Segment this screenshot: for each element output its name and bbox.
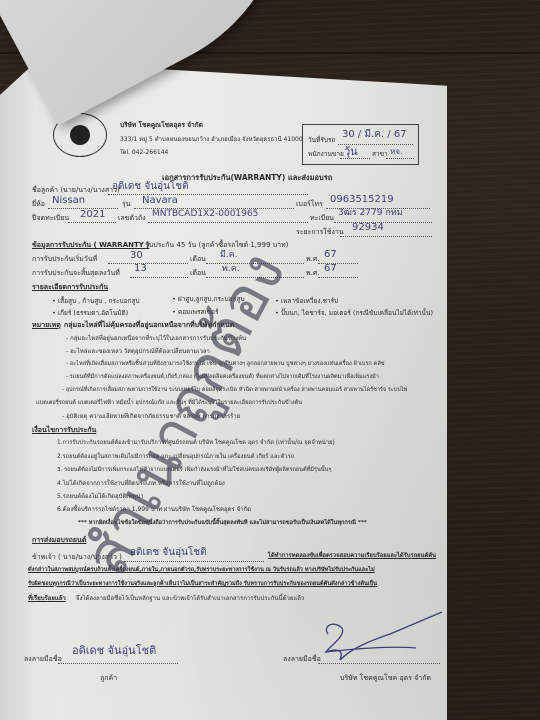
warranty-end-month: พ.ค. (222, 265, 240, 274)
warranty-end-month-label: เดือน (190, 270, 206, 277)
warranty-end-label: การรับประกันจะสิ้นสุดลงวันที่ (32, 270, 120, 277)
salesperson-value: วุ้น (344, 146, 358, 157)
delivery-name-value: อดิเดช จันอุ่นโชติ (130, 548, 207, 558)
warranty-start-day: 30 (130, 251, 143, 261)
notes-heading: หมายเหตุ (32, 322, 61, 329)
mileage-value: 92934 (352, 223, 384, 233)
branch-value: หจ. (390, 148, 403, 156)
condition-item: 3. รถยนต์ต้องไม่มีการเพิ่มกระแสไฟฟ้าจากแ… (57, 468, 331, 474)
company-sign-label: ลงลายมือชื่อ (283, 656, 321, 663)
note-item: แบตเตอรี่รถยนต์ แบตเตอรี่ไฟฟ้า หม้อน้ำ อ… (36, 401, 302, 407)
brand-label: ยี่ห้อ (32, 201, 45, 208)
warranty-start-month: มี.ค. (220, 251, 238, 260)
mileage-label: ระยะการใช้งาน (296, 229, 344, 236)
delivery-text-line4-underlined: ที่เรียบร้อยแล้ว (28, 596, 66, 602)
year-value: 2021 (80, 210, 105, 220)
chassis-value: MNTBCAD1X2-0001965 (152, 210, 258, 219)
brand-value: Nissan (52, 196, 85, 206)
note-item: - อะไหล่และของเหลว วัสดุอุปกรณ์ที่ต้องเป… (66, 349, 210, 355)
warranty-end-year-label: พ.ศ. (306, 270, 320, 277)
delivery-text-line4: จึงได้ลงลายมือชื่อไว้เป็นหลักฐาน และข้าพ… (76, 596, 304, 602)
warranty-start-label: การรับประกันเริ่มวันที่ (32, 256, 97, 263)
delivery-heading: การส่งมอบรถยนต์ (32, 537, 86, 544)
warranty-start-year: 67 (324, 250, 337, 260)
condition-item: 2.รถยนต์ต้องอยู่ในสภาพเดิมไม่มีการถอด แก… (57, 455, 294, 461)
branch-label: สาขา (372, 151, 388, 158)
details-heading: รายละเอียดการรับประกัน (32, 284, 108, 291)
warranty-start-month-label: เดือน (190, 256, 206, 263)
company-role: บริษัท โชคคูณโชค อุดร จำกัด (340, 675, 431, 682)
salesperson-label: พนักงานขาย (308, 151, 344, 158)
company-signature-scribble (320, 606, 450, 676)
note-item: - อุปกรณ์ที่เกิดการเสื่อมสภาพตามการใช้งา… (62, 388, 407, 394)
condition-item: 5.รถยนต์ต้องไม่ได้เกิดอุบัติเหตุมา (57, 494, 144, 500)
note-item: - อะไหล่ที่เกิดเสื่อมสภาพหรือชิ้นส่วนที่… (66, 362, 385, 368)
detail-item: • ฝาสูบ,ลูกสูบ,กระบอกสูบ (172, 296, 245, 303)
model-label: รุ่น (122, 201, 131, 208)
warranty-end-day: 13 (134, 264, 147, 274)
note-item: - กลุ่มอะไหล่ที่อยู่นอกเหนือจากที่ระบุไว… (66, 336, 246, 342)
detail-item: • เกียร์ (ธรรมดา,อัตโนมัติ) (52, 310, 128, 317)
company-address: 333/1 หมู่ 5 ตำบลหนองขอนกว้าง อำเภอเมือง… (120, 137, 303, 143)
warranty-start-year-label: พ.ศ. (306, 256, 320, 263)
detail-item: • คอมเพรสเซอร์ (172, 309, 218, 316)
customer-name-label: ชื่อลูกค้า (นาย/นาง/นางสาว) (32, 187, 120, 194)
condition-item: 6.ต้องซื้อบริการรถไซต์ราคา 1,999 บาท ผ่า… (57, 507, 251, 513)
detail-item: • ปั๊มนก, ไดชาร์จ, มอเตอร์ (กรณีขับเคลื่… (275, 310, 433, 317)
plate-label: ทะเบียน (310, 215, 334, 222)
phone-value: 0963515219 (330, 195, 394, 205)
condition-item: 1.การรับประกันรถยนต์ต้องเข้ามารับบริการท… (57, 441, 335, 447)
company-name: บริษัท โชคคูณโชคอุดร จำกัด (120, 122, 203, 129)
delivery-text-line1: ได้ทำการทดลองขับเพื่อตรวจสอบความเรียบร้อ… (268, 554, 436, 560)
condition-item: 4.ไม่ได้เกิดจากการใช้งานที่ผิดประเภท หรื… (57, 481, 225, 487)
receipt-date-label: วันที่รับรถ (308, 137, 335, 144)
note-item: - รถยนต์ที่มีการดัดแปลงสภาพเครื่องยนต์,เ… (66, 375, 379, 381)
chassis-label: เลขตัวถัง (118, 215, 146, 222)
warranty-end-year: 67 (324, 264, 337, 274)
receipt-date-value: 30 / มี.ค. / 67 (342, 130, 407, 140)
delivery-prefix: ข้าพเจ้า ( นาย/นาง/นางสาว ) (32, 554, 122, 561)
delivery-text-line2: ดังกล่าวในสภาพสมบูรณ์ครบถ้วนทั้งเครื่องย… (28, 568, 375, 574)
note-item: - อุบัติเหตุ ความเสียหายที่เกิดจากภัยธรร… (62, 414, 240, 420)
customer-role: ลูกค้า (100, 675, 117, 682)
warranty-heading: ข้อมูลการรับประกัน ( WARRANTY ) (32, 242, 149, 249)
detail-item: • เสื้อสูบ , ก้านสูบ , กระบอกสูบ (52, 298, 140, 305)
year-label: ปีจดทะเบียน (32, 215, 69, 222)
customer-signature: อดิเดช จันอุ่นโชติ (72, 645, 156, 656)
company-tel: Tel. 042-266144 (120, 150, 168, 156)
customer-sign-label: ลงลายมือชื่อ (24, 656, 62, 663)
detail-item: • เพลาข้อเหวี่ยง,ชาร์ป (275, 298, 338, 305)
model-value: Navara (142, 196, 178, 206)
notes-heading-text: กลุ่มอะไหล่ที่ไม่คุ้มครองที่อยู่นอกเหนือ… (64, 322, 234, 329)
customer-name-value: อดิเดช จันอุ่นโชติ (112, 182, 189, 192)
warranty-term: รับประกัน 45 วัน (ลูกค้าซื้อรถไซต์ 1,999… (145, 242, 288, 249)
phone-label: เบอร์โทร (296, 201, 323, 208)
conditions-footer: *** หากผิดเงื่อนไขข้อใดข้อหนึ่งถือว่าการ… (78, 521, 367, 527)
delivery-text-line3: รับผิดชอบทุกกรณีว่าเป็นระยะทางการใช้งานจ… (28, 582, 377, 588)
plate-value: 3ฒร 2779 กทม (338, 209, 403, 218)
conditions-heading: เงื่อนไขการรับประกัน (32, 427, 96, 434)
